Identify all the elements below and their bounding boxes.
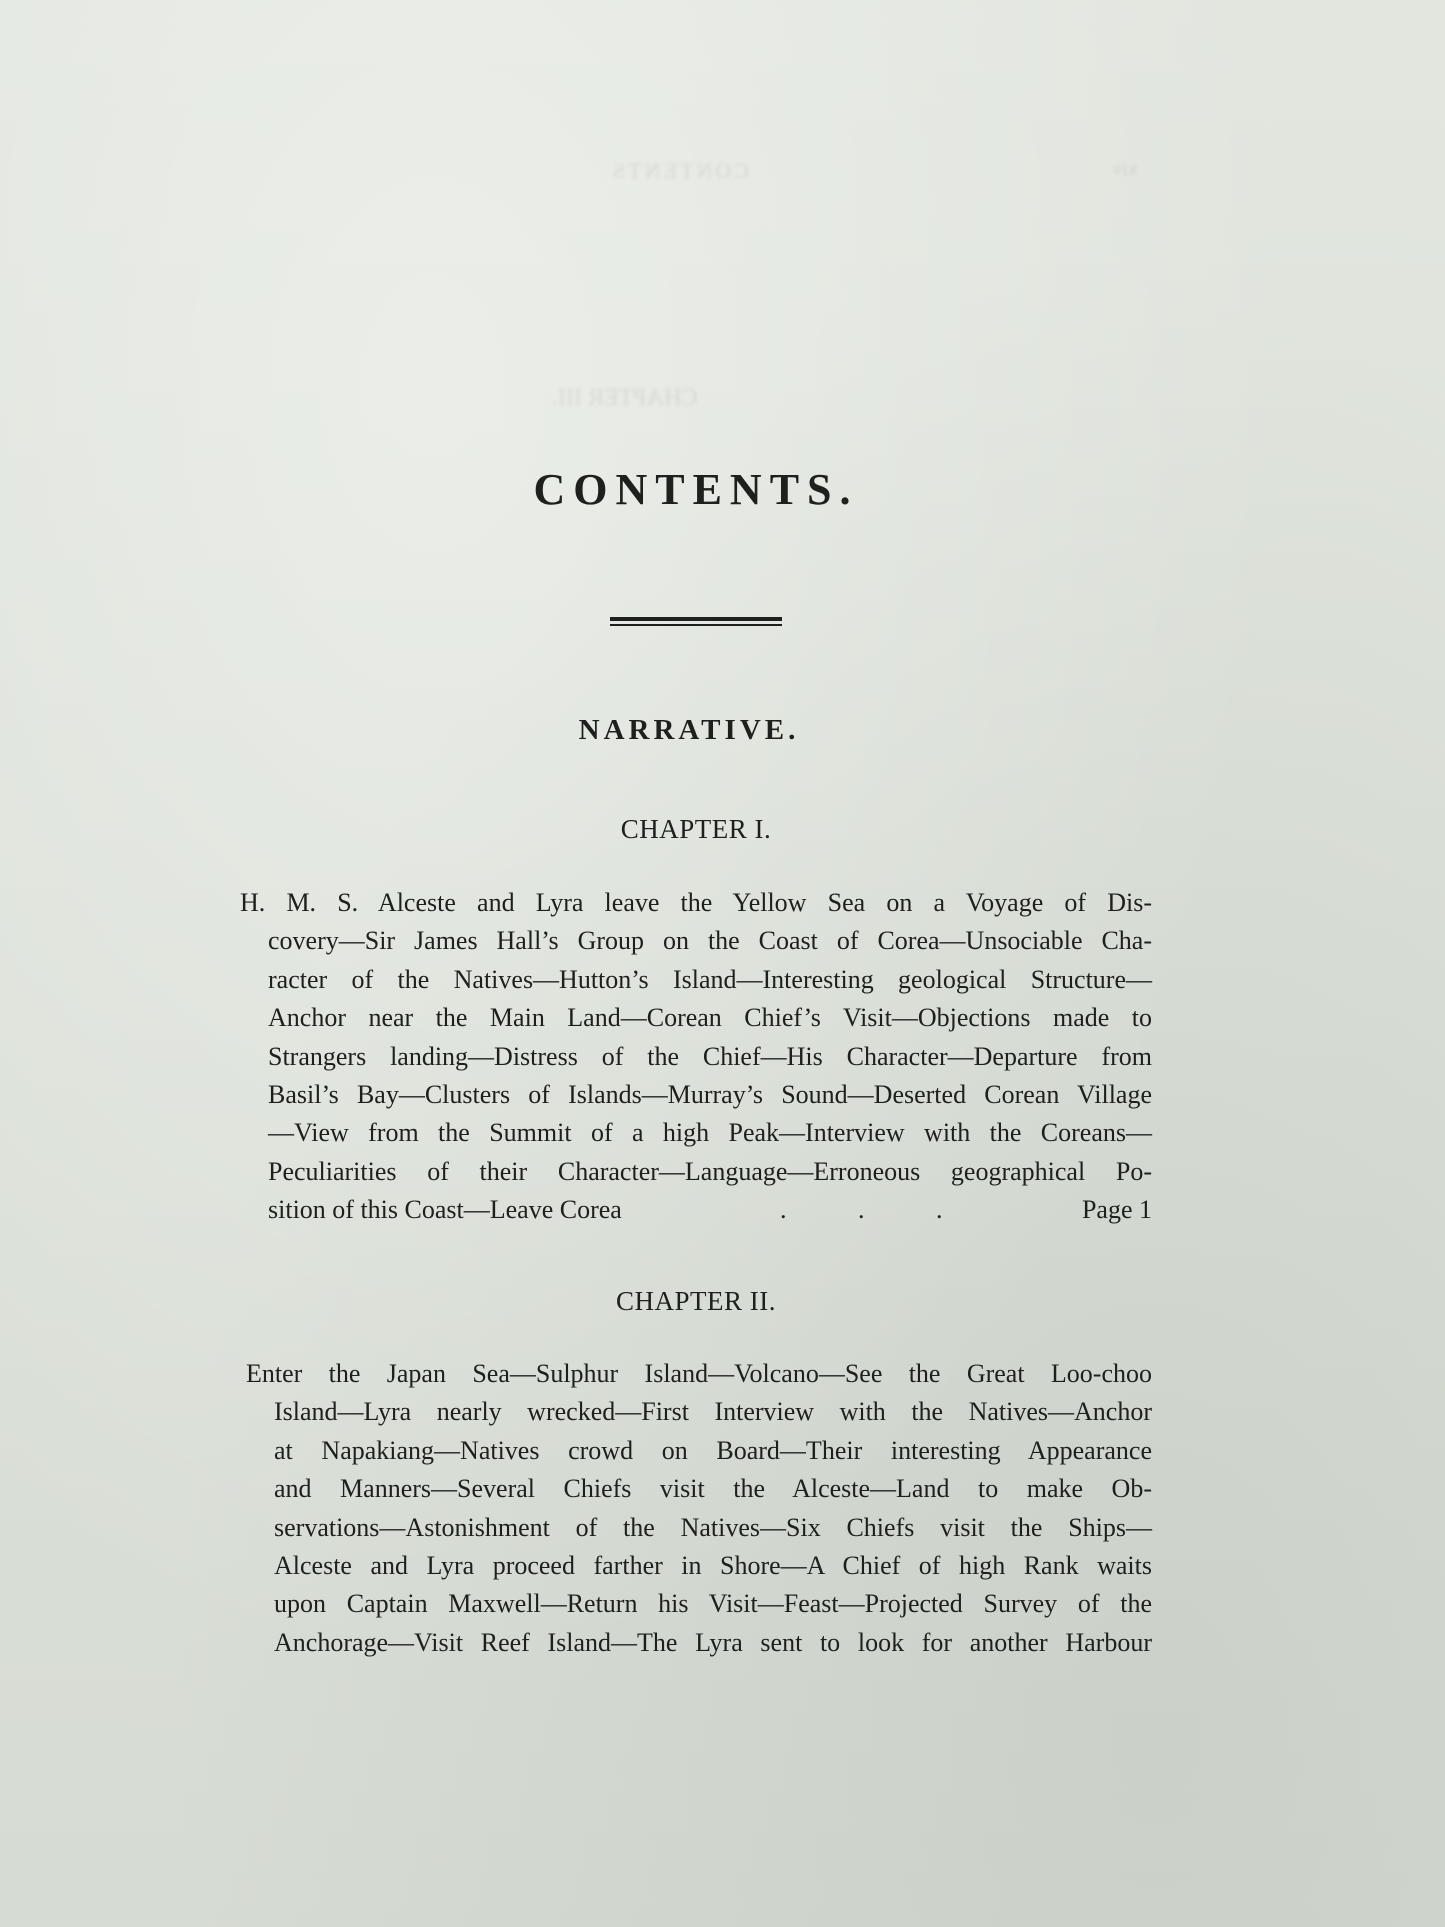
dot-leaders: . . . xyxy=(780,1191,943,1229)
section-title: NARRATIVE. xyxy=(0,714,1378,747)
summary-line: Enter the Japan Sea—Sulphur Island—Volca… xyxy=(246,1355,1152,1393)
chapter-summary: Enter the Japan Sea—Sulphur Island—Volca… xyxy=(246,1355,1152,1662)
show-through-page-number: xiv xyxy=(1112,158,1138,181)
book-page: CONTENTS xiv CHAPTER III. CONTENTS. NARR… xyxy=(0,0,1445,1927)
double-rule-divider xyxy=(610,617,782,626)
summary-line: and Manners—Several Chiefs visit the Alc… xyxy=(246,1470,1152,1508)
show-through-running-head: CONTENTS xyxy=(610,158,749,184)
show-through-chapter-heading: CHAPTER III. xyxy=(552,385,697,412)
chapter-summary: H. M. S. Alceste and Lyra leave the Yell… xyxy=(240,884,1152,1230)
summary-line: servations—Astonishment of the Natives—S… xyxy=(246,1509,1152,1547)
summary-line: Island—Lyra nearly wrecked—First Intervi… xyxy=(246,1393,1152,1431)
summary-line: H. M. S. Alceste and Lyra leave the Yell… xyxy=(240,884,1152,922)
summary-line: —View from the Summit of a high Peak—Int… xyxy=(240,1114,1152,1152)
chapter-heading: CHAPTER II. xyxy=(0,1286,1392,1317)
summary-line: Anchor near the Main Land—Corean Chief’s… xyxy=(240,999,1152,1037)
page-reference: Page 1 xyxy=(1082,1191,1152,1229)
summary-line: Basil’s Bay—Clusters of Islands—Murray’s… xyxy=(240,1076,1152,1114)
summary-line-text: sition of this Coast—Leave Corea xyxy=(268,1195,622,1224)
summary-line: upon Captain Maxwell—Return his Visit—Fe… xyxy=(246,1585,1152,1623)
page-title: CONTENTS. xyxy=(0,464,1392,515)
summary-line: Alceste and Lyra proceed farther in Shor… xyxy=(246,1547,1152,1585)
chapter-heading: CHAPTER I. xyxy=(0,814,1392,845)
summary-line: racter of the Natives—Hutton’s Island—In… xyxy=(240,961,1152,999)
summary-line: covery—Sir James Hall’s Group on the Coa… xyxy=(240,922,1152,960)
summary-line: Strangers landing—Distress of the Chief—… xyxy=(240,1038,1152,1076)
summary-line: Peculiarities of their Character—Languag… xyxy=(240,1153,1152,1191)
summary-line: at Napakiang—Natives crowd on Board—Thei… xyxy=(246,1432,1152,1470)
summary-line: Anchorage—Visit Reef Island—The Lyra sen… xyxy=(246,1624,1152,1662)
summary-line-final: sition of this Coast—Leave Corea . . . P… xyxy=(240,1191,1152,1229)
